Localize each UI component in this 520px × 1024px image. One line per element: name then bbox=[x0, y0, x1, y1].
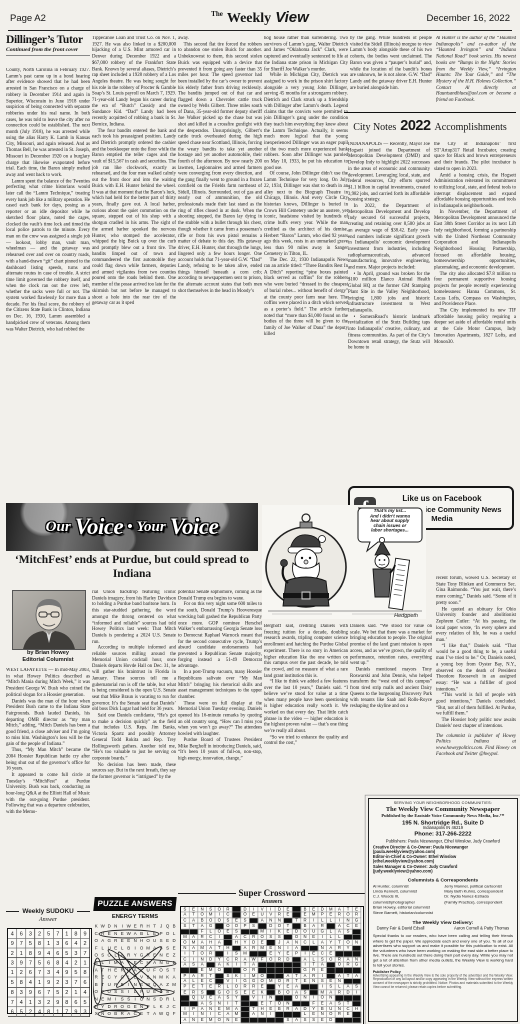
sudoku-cell: 4 bbox=[81, 987, 90, 997]
sudoku-cell: 2 bbox=[54, 978, 63, 988]
sudoku-cell: 6 bbox=[26, 968, 35, 978]
paragraph: by the gang. While hundreds of people vi… bbox=[350, 36, 432, 91]
sudoku-cell: 9 bbox=[81, 929, 90, 939]
paragraph: While in Michigan City, Dietrich was ass… bbox=[264, 73, 348, 172]
paragraph: INDIANAPOLIS — Recently, Mayor Joe Hogse… bbox=[348, 142, 430, 204]
banner-your: Your bbox=[137, 519, 166, 536]
page-header: Page A2 The Weekly View December 16, 202… bbox=[8, 5, 512, 31]
sudoku-cell: 8 bbox=[26, 948, 35, 958]
sudoku-cell: 1 bbox=[26, 997, 35, 1007]
paragraph: WEST LAFAYETTE — In mid-May 2003, in wha… bbox=[6, 668, 90, 699]
crossword-cell: D bbox=[327, 1018, 336, 1024]
paper-title-weekly: Weekly bbox=[227, 11, 271, 26]
sudoku-cell: 1 bbox=[35, 978, 44, 988]
editorial-column-5: Daniels said. “We stood for value on sca… bbox=[350, 624, 432, 794]
wordsearch-title: ENERGY TERMS bbox=[94, 914, 176, 920]
sudoku-cell: 5 bbox=[44, 929, 53, 939]
sudoku-cell: 3 bbox=[54, 939, 63, 949]
sudoku-cell: 3 bbox=[81, 1007, 90, 1017]
masthead-person: (Family Practice), correspondent bbox=[444, 900, 513, 905]
sudoku-cell: 3 bbox=[17, 987, 26, 997]
sudoku-cell: 7 bbox=[72, 978, 81, 988]
sudoku-cell: 7 bbox=[63, 1007, 72, 1017]
article-dillinger-continued: Continued from the front cover bbox=[6, 47, 90, 56]
sudoku-cell: 5 bbox=[54, 987, 63, 997]
sudoku-cell: 7 bbox=[54, 929, 63, 939]
crossword-cell bbox=[275, 1018, 284, 1024]
sudoku-cell: 8 bbox=[63, 997, 72, 1007]
sudoku-cell: 4 bbox=[35, 1007, 44, 1017]
crossword-cell: M bbox=[207, 1018, 216, 1024]
crossword-cell: O bbox=[215, 1018, 224, 1024]
sudoku-cell: 2 bbox=[35, 929, 44, 939]
paragraph: In November, the Department of Metropoli… bbox=[434, 210, 516, 272]
cartoonist-signature: Hedgpeth bbox=[394, 613, 418, 619]
crossword-cell: S bbox=[310, 1018, 319, 1024]
facebook-promo-line1: Like us on Facebook bbox=[376, 494, 508, 503]
sudoku-cell: 9 bbox=[8, 939, 17, 949]
sudoku-cell: 3 bbox=[44, 968, 53, 978]
paragraph: Daniels mentioned mayors Tony Roswarski … bbox=[350, 667, 432, 710]
paragraph: In a post-Trump vacuum, many Hoosier Rep… bbox=[178, 670, 262, 701]
editorial-column-3: potential Senate sophomore, coming as th… bbox=[178, 590, 262, 882]
bubble-line: labor shortages... bbox=[358, 529, 422, 534]
masthead-role: Creative Director & Co-Owner: Paula Nice… bbox=[373, 845, 513, 854]
crossword-cell: A bbox=[293, 1018, 302, 1024]
sudoku-cell: 8 bbox=[44, 1007, 53, 1017]
sudoku-cell: 3 bbox=[72, 948, 81, 958]
sudoku-cell: 8 bbox=[54, 958, 63, 968]
sudoku-cell: 5 bbox=[81, 997, 90, 1007]
masthead-person: Steve Barnett, historian/columnist bbox=[373, 911, 442, 916]
sudoku-cell: 2 bbox=[63, 987, 72, 997]
sudoku-cell: 6 bbox=[17, 929, 26, 939]
sudoku-cell: 9 bbox=[72, 1007, 81, 1017]
sudoku-cell: 1 bbox=[63, 929, 72, 939]
editorial-column-2: rial Union backdrop featuring iconic Dan… bbox=[92, 590, 176, 894]
sudoku-cell: 7 bbox=[26, 958, 35, 968]
sudoku-cell: 4 bbox=[54, 968, 63, 978]
sudoku-cell: 1 bbox=[54, 1007, 63, 1017]
sudoku-grid: 4632571899758136422189465373975684211267… bbox=[7, 928, 92, 1014]
paragraph: hog house rather than surrendering. Two … bbox=[264, 36, 348, 73]
crossword-cell bbox=[241, 1018, 250, 1024]
sudoku-cell: 2 bbox=[8, 948, 17, 958]
city-notes-heading-year: 2022 bbox=[400, 118, 430, 134]
sudoku-cell: 1 bbox=[8, 968, 17, 978]
sudoku-cell: 3 bbox=[8, 958, 17, 968]
sudoku-cell: 9 bbox=[17, 958, 26, 968]
banner-voice2: Voice bbox=[170, 514, 219, 540]
crossword-cell: N bbox=[224, 1018, 233, 1024]
sudoku-cell: 7 bbox=[35, 968, 44, 978]
dillinger-column-5: by the gang. While hundreds of people vi… bbox=[350, 36, 432, 110]
crossword-cell bbox=[344, 1018, 353, 1024]
sudoku-cell: 8 bbox=[81, 968, 90, 978]
paragraph: The four bandits entered the bank and ea… bbox=[92, 128, 176, 307]
sudoku-cell: 9 bbox=[44, 978, 53, 988]
masthead-person: C.J. Woods III, columnist/photographer bbox=[373, 895, 442, 906]
crossword-cell: S bbox=[301, 1018, 310, 1024]
sudoku-answer-label: Answer bbox=[6, 917, 90, 923]
paragraph: It appeared to come full circle at Tuesd… bbox=[6, 773, 90, 816]
paragraph: Lamm spent the balance of the Twenties p… bbox=[6, 179, 90, 333]
paragraph: Tippecanoe Loan and Trust Co. on Nov. 1,… bbox=[92, 36, 176, 128]
article-dillinger-header: Dillinger’s Tutor Continued from the fro… bbox=[6, 34, 90, 56]
sudoku-cell: 5 bbox=[35, 958, 44, 968]
city-notes-column-a: INDIANAPOLIS — Recently, Mayor Joe Hogse… bbox=[348, 142, 430, 480]
columnist-portrait-graphic bbox=[13, 591, 85, 649]
sudoku-cell: 4 bbox=[8, 929, 17, 939]
sudoku-cell: 5 bbox=[8, 978, 17, 988]
paragraph: According to multiple informed and relia… bbox=[92, 645, 176, 713]
political-cartoon: S bbox=[262, 505, 426, 619]
paragraph: The Hoosier body politic now awaits Dani… bbox=[436, 718, 516, 730]
sudoku-cell: 6 bbox=[54, 948, 63, 958]
sudoku-cell: 1 bbox=[17, 948, 26, 958]
editorial-headline: ‘MitchFest’ ends at Purdue, but could sp… bbox=[6, 554, 258, 581]
paragraph: Berghoff said, crediting Daniels with fr… bbox=[264, 624, 348, 679]
sudoku-cell: 8 bbox=[72, 929, 81, 939]
dillinger-author-bio: Al Hunter is the author of the “Haunted … bbox=[436, 36, 516, 112]
crossword-grid: SENSORDIVIDEBEDMATEATOMICOEUVREEMPERORCA… bbox=[180, 906, 364, 1024]
paragraph: Said one Daniels confidante, “He’s got t… bbox=[92, 713, 176, 762]
paragraph: the City of Indianapolis’ first ST’Artup… bbox=[434, 142, 516, 173]
our-voice-banner: Our Voice • Your Voice bbox=[6, 503, 258, 551]
sudoku-cell: 1 bbox=[81, 958, 90, 968]
city-notes-column-b: the City of Indianapolis’ first ST’Artup… bbox=[434, 142, 516, 480]
sudoku-cell: 3 bbox=[26, 929, 35, 939]
masthead-phone: Phone: 317-266-2222 bbox=[373, 830, 513, 836]
sudoku-cell: 6 bbox=[63, 939, 72, 949]
sudoku-cell: 8 bbox=[17, 978, 26, 988]
paragraph: Thus, “My Man Mitch” became the 2004 Hoo… bbox=[6, 748, 90, 773]
paper-title-view: View bbox=[275, 9, 309, 26]
crossword-cell: E bbox=[318, 1018, 327, 1024]
crossword-cell bbox=[267, 1018, 276, 1024]
masthead-delivery-right: Aaron Cornell & Patty Thomas bbox=[454, 926, 509, 930]
sudoku-cell: 2 bbox=[26, 1007, 35, 1017]
paragraph: Of course, John Dillinger didn’t use the… bbox=[264, 172, 348, 258]
city-notes-heading: City Notes 2022 Accomplishments bbox=[344, 112, 516, 135]
paragraph: No decision has been made, these sources… bbox=[92, 763, 176, 781]
columnist-byline: by Brian Howey Editorial Columnist bbox=[6, 650, 90, 664]
banner-our: Our bbox=[46, 519, 71, 536]
crossword-cell: E bbox=[198, 1018, 207, 1024]
paragraph: He quoted an obituary for Ohio Universit… bbox=[436, 607, 516, 644]
sudoku-cell: 5 bbox=[26, 939, 35, 949]
paragraph: The city also allocated $7.8 million to … bbox=[434, 271, 516, 308]
paragraph: “I like to think we added a few features… bbox=[264, 679, 348, 734]
sudoku-cell: 4 bbox=[72, 939, 81, 949]
masthead-serving: SERVING YOUR NEIGHBORHOOD COMMUNITIES: bbox=[373, 802, 513, 806]
paragraph: “So we tried to enhance the quality and … bbox=[264, 735, 348, 747]
paragraph: The City implemented its new TIF afforda… bbox=[434, 308, 516, 345]
masthead-box: SERVING YOUR NEIGHBORHOOD COMMUNITIES: T… bbox=[368, 798, 518, 1022]
paragraph: The Dec. 22, 1930 Indianapolis News ran … bbox=[264, 258, 348, 338]
paper-title-the: The bbox=[211, 10, 223, 18]
puzzle-answers-banner: PUZZLE ANSWERS bbox=[93, 897, 176, 911]
paragraph: “I like that,” Daniels said. “That would… bbox=[436, 644, 516, 693]
newspaper-page: Page A2 The Weekly View December 16, 202… bbox=[0, 0, 520, 1024]
sudoku-cell: 8 bbox=[8, 987, 17, 997]
dillinger-column-1: County, North Carolina in February 1927.… bbox=[6, 68, 90, 492]
dillinger-column-2: Tippecanoe Loan and Trust Co. on Nov. 1,… bbox=[92, 36, 176, 492]
city-notes-heading-suffix: Accomplishments bbox=[435, 122, 507, 133]
sudoku-cell: 5 bbox=[63, 948, 72, 958]
sudoku-cell: 1 bbox=[44, 939, 53, 949]
masthead-publishers: Publishers: Paula Nicewanger, Ethel Wins… bbox=[373, 839, 513, 843]
crossword-cell: S bbox=[284, 1018, 293, 1024]
sudoku-cell: 4 bbox=[44, 948, 53, 958]
paragraph: • In April, ground was broken for the $1… bbox=[348, 271, 430, 314]
crossword-cell bbox=[353, 1018, 362, 1024]
sudoku-cell: 1 bbox=[72, 987, 81, 997]
masthead-roles: Creative Director & Co-Owner: Paula Nice… bbox=[373, 845, 513, 874]
paragraph: potential Senate sophomore, coming as th… bbox=[178, 590, 262, 602]
crossword-cell: N bbox=[190, 1018, 199, 1024]
sudoku-cell: 6 bbox=[35, 987, 44, 997]
paragraph: For on this very night some 600 miles to… bbox=[178, 602, 262, 670]
sudoku-cell: 6 bbox=[44, 958, 53, 968]
crossword-cell: A bbox=[181, 1018, 190, 1024]
sudoku-cell: 7 bbox=[81, 948, 90, 958]
sudoku-cell: 7 bbox=[44, 987, 53, 997]
masthead-policy: Advertising appearing in the Weekly View… bbox=[373, 974, 513, 989]
banner-voice1: Voice bbox=[75, 514, 124, 540]
sudoku-cell: 4 bbox=[63, 958, 72, 968]
masthead-columnists-title: Columnists & Correspondents bbox=[373, 877, 513, 883]
sudoku-cell: 9 bbox=[63, 968, 72, 978]
masthead-published-by: Published by the Eastside Voice Communit… bbox=[373, 813, 513, 818]
sudoku-cell: 7 bbox=[8, 997, 17, 1007]
sudoku-cell: 6 bbox=[72, 997, 81, 1007]
columnist-photo bbox=[12, 590, 86, 650]
paragraph: In 2022, the Department of Metropolitan … bbox=[348, 204, 430, 272]
paragraph: Amid a housing crisis, the Hogsett Admin… bbox=[434, 173, 516, 210]
sudoku-cell: 6 bbox=[8, 1007, 17, 1017]
paragraph: Daniels was the man of the hour when Pre… bbox=[6, 699, 90, 748]
wordsearch-grid: KWDNIWERHTJQBCRENEWABLEPOLOAGREENHOUSEDF… bbox=[93, 923, 177, 1021]
cartoon-speech-bubble: That’s my list...And I didn’t wannahear … bbox=[358, 509, 422, 542]
banner-separator: • bbox=[127, 519, 132, 536]
crossword-answers-label: Answers bbox=[178, 899, 366, 905]
masthead-role: Sales Manager & Co-Owner: Judy Crawford … bbox=[373, 865, 513, 874]
byline-role: Editorial Columnist bbox=[6, 657, 90, 664]
sudoku-title: Weekly SUDOKU bbox=[6, 908, 90, 915]
sudoku-cell: 2 bbox=[72, 958, 81, 968]
dillinger-column-3: away.This second flat tire forced the ro… bbox=[178, 36, 262, 492]
editorial-tagline: The columnist is publisher of Howey Poli… bbox=[436, 733, 516, 758]
masthead-thanks: Special thanks to our readers, who have … bbox=[373, 934, 513, 968]
masthead-columnists-left: Al Hunter, columnistLinda Kennett, colum… bbox=[373, 884, 442, 916]
paragraph: County, North Carolina in February 1927.… bbox=[6, 68, 90, 179]
sudoku-cell: 9 bbox=[35, 948, 44, 958]
crossword-cell bbox=[258, 1018, 267, 1024]
editorial-column-1: WEST LAFAYETTE — In mid-May 2003, in wha… bbox=[6, 668, 90, 906]
paragraph: • SomeraRoad’s historic landmark revital… bbox=[348, 315, 430, 352]
sudoku-cell: 2 bbox=[44, 997, 53, 1007]
sudoku-cell: 4 bbox=[26, 978, 35, 988]
sudoku-cell: 2 bbox=[81, 939, 90, 949]
paragraph: Daniels said. “We stood for value on sca… bbox=[350, 624, 432, 667]
paragraph: Al Hunter is the author of the “Haunted … bbox=[436, 36, 516, 104]
issue-date: December 16, 2022 bbox=[427, 13, 510, 24]
paragraph: This second flat tire forced the robbers… bbox=[178, 42, 262, 295]
paragraph: recent forum, wowed U.S. Secretary of St… bbox=[436, 576, 516, 607]
dillinger-column-4: hog house rather than surrendering. Two … bbox=[264, 36, 348, 492]
masthead-delivery-left: Danny Fair & David Edsall bbox=[377, 926, 425, 930]
sudoku-cell: 9 bbox=[26, 987, 35, 997]
masthead-paper-title: The Weekly View Community Newspaper bbox=[373, 806, 513, 813]
city-notes-heading-text: City Notes bbox=[353, 122, 396, 133]
paragraph: Purdue Board of Trustees President Mike … bbox=[178, 738, 262, 763]
sudoku-cell: 2 bbox=[17, 968, 26, 978]
sudoku-cell: 5 bbox=[72, 968, 81, 978]
paragraph: “This world is full of people with good … bbox=[436, 693, 516, 718]
masthead-delivery-title: The Weekly View Delivery: bbox=[373, 919, 513, 925]
masthead-columnists-right: Jerry Mannel, political cartoonistMary B… bbox=[444, 884, 513, 916]
sudoku-cell: 9 bbox=[54, 997, 63, 1007]
byline-name: by Brian Howey bbox=[6, 650, 90, 657]
sudoku-cell: 8 bbox=[35, 939, 44, 949]
paragraph: rial Union backdrop featuring iconic Dan… bbox=[92, 590, 176, 645]
sudoku-cell: 3 bbox=[63, 978, 72, 988]
wordsearch-circles bbox=[93, 923, 177, 1021]
paragraph: These were on full display at the Memori… bbox=[178, 701, 262, 738]
sudoku-cell: 5 bbox=[17, 1007, 26, 1017]
sudoku-cell: 6 bbox=[81, 978, 90, 988]
sudoku-cell: 7 bbox=[17, 939, 26, 949]
masthead-role: Editor-in-Chief & Co-Owner: Ethel Winslo… bbox=[373, 855, 513, 864]
editorial-column-6: recent forum, wowed U.S. Secretary of St… bbox=[436, 576, 516, 794]
crossword-cell bbox=[250, 1018, 259, 1024]
sudoku-cell: 3 bbox=[35, 997, 44, 1007]
crossword-title: Super Crossword bbox=[178, 888, 366, 898]
editorial-column-4: Berghoff said, crediting Daniels with fr… bbox=[264, 624, 348, 878]
crossword-cell: E bbox=[232, 1018, 241, 1024]
article-dillinger-title: Dillinger’s Tutor bbox=[6, 34, 90, 46]
sudoku-cell: 4 bbox=[17, 997, 26, 1007]
crossword-cell bbox=[335, 1018, 344, 1024]
